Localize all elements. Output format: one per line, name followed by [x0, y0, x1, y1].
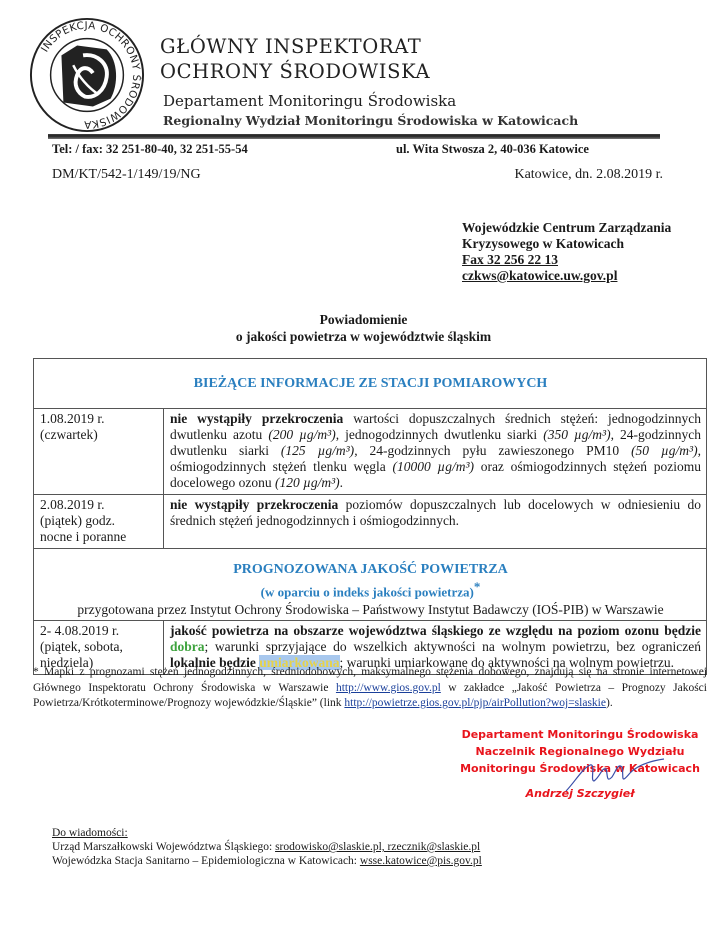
forecast-header: PROGNOZOWANA JAKOŚĆ POWIETRZA (w oparciu… [34, 549, 707, 621]
recipient-line-2: Kryzysowego w Katowicach [462, 236, 671, 252]
footnote-text: ). [606, 697, 613, 709]
document-date: Katowice, dn. 2.08.2019 r. [514, 167, 663, 183]
row-date: 2.08.2019 r. (piątek) godz. nocne i pora… [34, 495, 164, 549]
date-line: 2.08.2019 r. [40, 497, 158, 513]
day-line: (piątek) godz. [40, 513, 158, 529]
title-line-2: o jakości powietrza w województwie śląsk… [0, 328, 727, 345]
quality-good-badge: dobra [170, 639, 205, 654]
cc-line-2: Wojewódzka Stacja Sanitarno – Epidemiolo… [52, 854, 482, 868]
regional-office: Regionalny Wydział Monitoringu Środowisk… [163, 113, 578, 128]
date-line: 1.08.2019 r. [40, 411, 158, 427]
limit-value: (120 µg/m³) [275, 475, 340, 490]
signer-name: Andrzej Szczygieł [440, 787, 720, 800]
organization-name: GŁÓWNY INSPEKTORAT OCHRONY ŚRODOWISKA [160, 34, 430, 84]
table-row: 2.08.2019 r. (piątek) godz. nocne i pora… [34, 495, 707, 549]
recipient-fax: Fax 32 256 22 13 [462, 252, 671, 268]
forecast-subheading: (w oparciu o indeks jakości powietrza) [261, 585, 474, 600]
forecast-subheading-line: (w oparciu o indeks jakości powietrza)* [40, 578, 701, 601]
recipient-email[interactable]: czkws@katowice.uw.gov.pl [462, 268, 671, 284]
gios-link[interactable]: http://www.gios.gov.pl [336, 682, 441, 694]
cc-recipient: Urząd Marszałkowski Województwa Śląskieg… [52, 841, 275, 853]
org-line-1: GŁÓWNY INSPEKTORAT [160, 34, 430, 59]
text-segment: ; warunki sprzyjające do wszelkich aktyw… [205, 639, 701, 654]
forecast-source: przygotowana przez Instytut Ochrony Środ… [40, 601, 701, 618]
row-date: 1.08.2019 r. (czwartek) [34, 409, 164, 495]
reference-number: DM/KT/542-1/149/19/NG [52, 167, 201, 183]
cc-email[interactable]: srodowisko@slaskie.pl, rzecznik@slaskie.… [275, 841, 480, 853]
footnote: * Mapki z prognozami stężeń jednogodzinn… [33, 665, 707, 712]
date-line: 2- 4.08.2019 r. [40, 623, 158, 639]
row-text: nie wystąpiły przekroczenia poziomów dop… [164, 495, 707, 549]
text-segment: , jednogodzinnych dwutlenku siarki [336, 427, 544, 442]
text-segment: , 24-godzinnych pyłu zawieszonego PM10 [354, 443, 631, 458]
current-info-header: BIEŻĄCE INFORMACJE ZE STACJI POMIAROWYCH [34, 359, 707, 409]
text-segment: . [340, 475, 343, 490]
row-text: nie wystąpiły przekroczenia wartości dop… [164, 409, 707, 495]
footnote-mark: * [474, 579, 481, 594]
status-bold: nie wystąpiły przekroczenia [170, 497, 338, 512]
table-row: 1.08.2019 r. (czwartek) nie wystąpiły pr… [34, 409, 707, 495]
cc-recipient: Wojewódzka Stacja Sanitarno – Epidemiolo… [52, 855, 360, 867]
title-line-1: Powiadomienie [0, 311, 727, 328]
header-divider [48, 134, 660, 139]
current-info-heading: BIEŻĄCE INFORMACJE ZE STACJI POMIAROWYCH [194, 376, 548, 391]
cc-line-1: Urząd Marszałkowski Województwa Śląskieg… [52, 840, 482, 854]
cc-email[interactable]: wsse.katowice@pis.gov.pl [360, 855, 482, 867]
limit-value: (350 µg/m³) [543, 427, 610, 442]
department-name: Departament Monitoringu Środowiska [163, 92, 456, 110]
cc-heading: Do wiadomości: [52, 826, 482, 840]
org-line-2: OCHRONY ŚRODOWISKA [160, 59, 430, 84]
current-info-table: BIEŻĄCE INFORMACJE ZE STACJI POMIAROWYCH… [33, 358, 707, 549]
day-line: (czwartek) [40, 427, 158, 443]
document-title: Powiadomienie o jakości powietrza w woje… [0, 311, 727, 345]
air-pollution-link[interactable]: http://powietrze.gios.gov.pl/pjp/airPoll… [344, 697, 606, 709]
limit-value: (125 µg/m³) [281, 443, 354, 458]
limit-value: (50 µg/m³) [631, 443, 698, 458]
forecast-bold: jakość powietrza na obszarze województwa… [170, 623, 701, 638]
stamp-line-1: Departament Monitoringu Środowiska [440, 726, 720, 743]
forecast-heading: PROGNOZOWANA JAKOŚĆ POWIETRZA [40, 561, 701, 578]
time-line: nocne i poranne [40, 529, 158, 545]
day-line: (piątek, sobota, [40, 639, 158, 655]
recipient-block: Wojewódzkie Centrum Zarządzania Kryzysow… [462, 220, 671, 284]
contact-phone: Tel: / fax: 32 251-80-40, 32 251-55-54 [52, 142, 248, 157]
leaf-seal-icon: INSPEKCJA OCHRONY ŚRODOWISKA [28, 16, 146, 134]
forecast-table: PROGNOZOWANA JAKOŚĆ POWIETRZA (w oparciu… [33, 548, 707, 675]
recipient-line-1: Wojewódzkie Centrum Zarządzania [462, 220, 671, 236]
limit-value: (10000 µg/m³) [392, 459, 474, 474]
cc-block: Do wiadomości: Urząd Marszałkowski Wojew… [52, 826, 482, 868]
status-bold: nie wystąpiły przekroczenia [170, 411, 343, 426]
limit-value: (200 µg/m³) [268, 427, 335, 442]
contact-address: ul. Wita Stwosza 2, 40-036 Katowice [396, 142, 589, 157]
